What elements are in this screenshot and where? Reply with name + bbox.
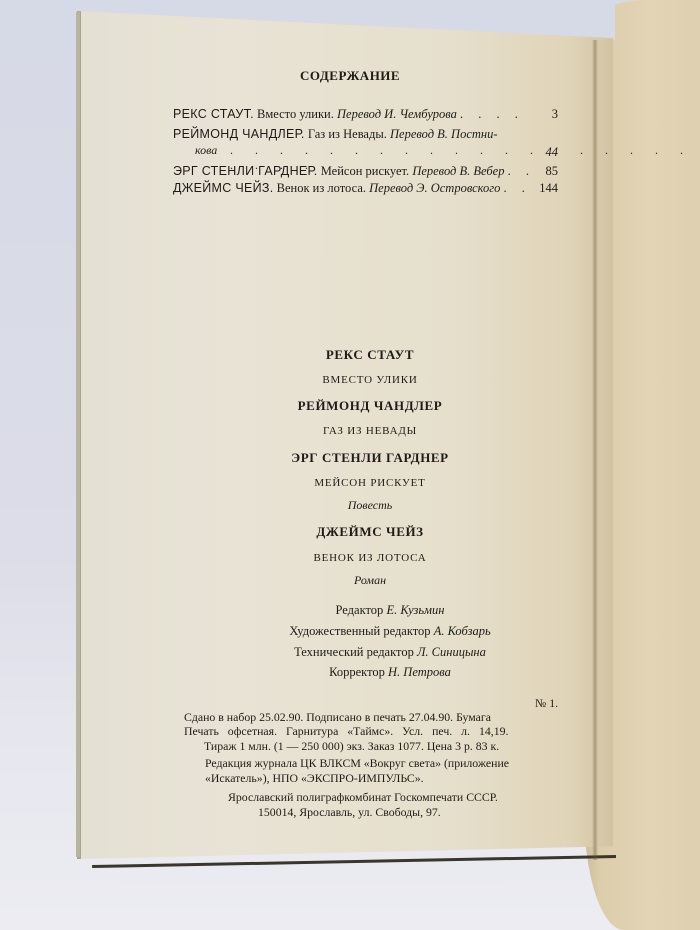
imprint-paper-number: № 1. [535,696,558,711]
credit-role: Корректор [329,665,385,679]
work-author: ЭРГ СТЕНЛИ ГАРДНЕР [250,450,490,466]
imprint-line: Печать офсетная. Гарнитура «Таймс». Усл.… [184,724,508,739]
toc-title: Венок из лотоса. [277,181,366,195]
credit-role: Технический редактор [294,645,414,659]
work-author: РЕКС СТАУТ [250,347,490,363]
work-title: ВМЕСТО УЛИКИ [250,374,490,386]
imprint-publisher: Редакция журнала ЦК ВЛКСМ «Вокруг света»… [205,756,509,771]
toc-entry: РЕЙМОНД ЧАНДЛЕР. Газ из Невады. Перевод … [173,127,558,142]
toc-leader: . . [508,164,535,178]
page-content: СОДЕРЖАНИЕ РЕКС СТАУТ. Вместо улики. Пер… [0,0,700,930]
toc-translator: Перевод Э. Островского [369,181,500,195]
toc-author: ЭРГ СТЕНЛИ ГАРДНЕР. [173,164,318,178]
toc-entry: РЕКС СТАУТ. Вместо улики. Перевод И. Чем… [173,107,558,122]
credit-role: Художественный редактор [289,624,430,638]
book-photo: СОДЕРЖАНИЕ РЕКС СТАУТ. Вместо улики. Пер… [0,0,700,930]
imprint-printer-address: 150014, Ярославль, ул. Свободы, 97. [258,805,441,820]
toc-page-number: 144 [539,181,558,196]
credit-line: Редактор Е. Кузьмин [250,603,530,618]
toc-translator: Перевод В. Вебер [412,164,504,178]
toc-page-number: 3 [552,107,558,122]
credit-line: Художественный редактор А. Кобзарь [250,624,530,639]
toc-author: РЕЙМОНД ЧАНДЛЕР. [173,127,305,141]
toc-entry: ДЖЕЙМС ЧЕЙЗ. Венок из лотоса. Перевод Э.… [173,181,558,196]
work-author: РЕЙМОНД ЧАНДЛЕР [250,398,490,414]
toc-author: РЕКС СТАУТ. [173,107,254,121]
toc-title: Вместо улики. [257,107,334,121]
work-title: ВЕНОК ИЗ ЛОТОСА [250,552,490,564]
toc-translator: Перевод И. Чембурова [337,107,457,121]
toc-author: ДЖЕЙМС ЧЕЙЗ. [173,181,274,195]
toc-entry: ЭРГ СТЕНЛИ ГАРДНЕР. Мейсон рискует. Пере… [173,164,558,179]
work-genre: Роман [250,573,490,588]
credit-name: А. Кобзарь [434,624,491,638]
credit-name: Е. Кузьмин [386,603,444,617]
toc-translator: Перевод В. Постни- [390,127,498,141]
imprint-printer: Ярославский полиграфкомбинат Госкомпечат… [228,790,498,805]
toc-leader: . . [504,181,531,195]
toc-heading: СОДЕРЖАНИЕ [300,68,400,84]
credit-name: Н. Петрова [388,665,451,679]
toc-page-number: 85 [546,164,559,179]
imprint-publisher: «Искатель»), НПО «ЭКСПРО-ИМПУЛЬС». [205,771,424,786]
toc-title: Газ из Невады. [308,127,387,141]
imprint-line: Тираж 1 млн. (1 — 250 000) экз. Заказ 10… [204,739,499,754]
credit-line: Корректор Н. Петрова [250,665,530,680]
credit-role: Редактор [336,603,384,617]
work-title: ГАЗ ИЗ НЕВАДЫ [250,425,490,437]
imprint-line: Сдано в набор 25.02.90. Подписано в печа… [184,710,491,725]
credit-name: Л. Синицына [417,645,486,659]
credit-line: Технический редактор Л. Синицына [250,645,530,660]
work-genre: Повесть [250,498,490,513]
toc-title: Мейсон рискует. [321,164,409,178]
work-author: ДЖЕЙМС ЧЕЙЗ [250,524,490,540]
toc-leader: . . . . [460,107,524,121]
work-title: МЕЙСОН РИСКУЕТ [250,477,490,489]
toc-page-number: 44 [546,145,559,160]
toc-translator-continued: кова [195,143,217,158]
